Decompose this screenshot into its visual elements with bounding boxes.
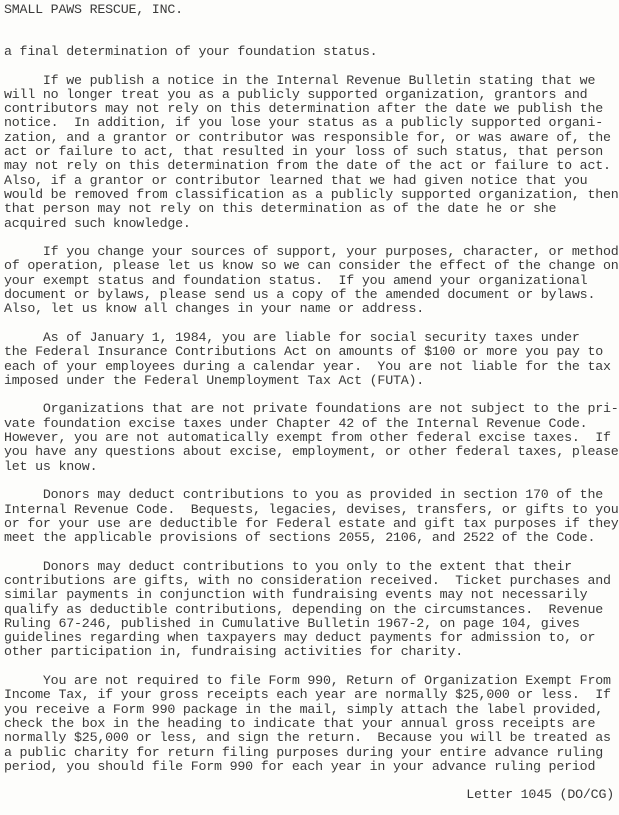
text-line: contributions are gifts, with no conside… (4, 574, 619, 588)
text-line: You are not required to file Form 990, R… (4, 674, 619, 688)
letter-body: a final determination of your foundation… (4, 45, 619, 788)
text-line: acquired such knowledge. (4, 217, 619, 231)
text-line: of operation, please let us know so we c… (4, 259, 619, 273)
paragraph-gift-extent: Donors may deduct contributions to you o… (4, 560, 619, 660)
text-line: a public charity for return filing purpo… (4, 746, 619, 760)
text-line: other participation in, fundraising acti… (4, 645, 619, 659)
text-line: Income Tax, if your gross receipts each … (4, 688, 619, 702)
paragraph-form-990: You are not required to file Form 990, R… (4, 674, 619, 774)
text-line: may not rely on this determination from … (4, 159, 619, 173)
text-line: will no longer treat you as a publicly s… (4, 88, 619, 102)
text-line: guidelines regarding when taxpayers may … (4, 631, 619, 645)
text-line: each of your employees during a calendar… (4, 360, 619, 374)
text-line: that person may not rely on this determi… (4, 202, 619, 216)
text-line: As of January 1, 1984, you are liable fo… (4, 331, 619, 345)
text-line: Ruling 67-246, published in Cumulative B… (4, 617, 619, 631)
paragraph-donor-deductions: Donors may deduct contributions to you a… (4, 488, 619, 545)
paragraph-irb-notice: If we publish a notice in the Internal R… (4, 74, 619, 231)
text-line: notice. In addition, if you lose your st… (4, 116, 619, 130)
text-line: act or failure to act, that resulted in … (4, 145, 619, 159)
text-line: Internal Revenue Code. Bequests, legacie… (4, 503, 619, 517)
text-line: contributors may not rely on this determ… (4, 102, 619, 116)
text-line: similar payments in conjunction with fun… (4, 588, 619, 602)
text-line: Organizations that are not private found… (4, 402, 619, 416)
paragraph-social-security: As of January 1, 1984, you are liable fo… (4, 331, 619, 388)
text-line: imposed under the Federal Unemployment T… (4, 374, 619, 388)
text-line: a final determination of your foundation… (4, 45, 619, 59)
text-line: document or bylaws, please send us a cop… (4, 288, 619, 302)
text-line: meet the applicable provisions of sectio… (4, 531, 619, 545)
text-line: the Federal Insurance Contributions Act … (4, 345, 619, 359)
text-line: you receive a Form 990 package in the ma… (4, 703, 619, 717)
text-line: would be removed from classification as … (4, 188, 619, 202)
text-line: vate foundation excise taxes under Chapt… (4, 417, 619, 431)
text-line: normally $25,000 or less, and sign the r… (4, 731, 619, 745)
text-line: period, you should file Form 990 for eac… (4, 760, 619, 774)
text-line: If we publish a notice in the Internal R… (4, 74, 619, 88)
letter-reference: Letter 1045 (DO/CG) (466, 788, 614, 802)
text-line: or for your use are deductible for Feder… (4, 517, 619, 531)
paragraph-excise-taxes: Organizations that are not private found… (4, 402, 619, 473)
text-line: Also, let us know all changes in your na… (4, 302, 619, 316)
letter-page: SMALL PAWS RESCUE, INC. a final determin… (0, 0, 619, 815)
text-line: Also, if a grantor or contributor learne… (4, 174, 619, 188)
text-line: If you change your sources of support, y… (4, 245, 619, 259)
paragraph-change-notice: If you change your sources of support, y… (4, 245, 619, 316)
text-line: However, you are not automatically exemp… (4, 431, 619, 445)
text-line: Donors may deduct contributions to you a… (4, 488, 619, 502)
organization-header: SMALL PAWS RESCUE, INC. (4, 3, 183, 17)
paragraph-foundation-status: a final determination of your foundation… (4, 45, 619, 59)
text-line: zation, and a grantor or contributor was… (4, 131, 619, 145)
text-line: check the box in the heading to indicate… (4, 717, 619, 731)
text-line: your exempt status and foundation status… (4, 274, 619, 288)
text-line: Donors may deduct contributions to you o… (4, 560, 619, 574)
text-line: qualify as deductible contributions, dep… (4, 603, 619, 617)
text-line: let us know. (4, 460, 619, 474)
text-line: you have any questions about excise, emp… (4, 445, 619, 459)
